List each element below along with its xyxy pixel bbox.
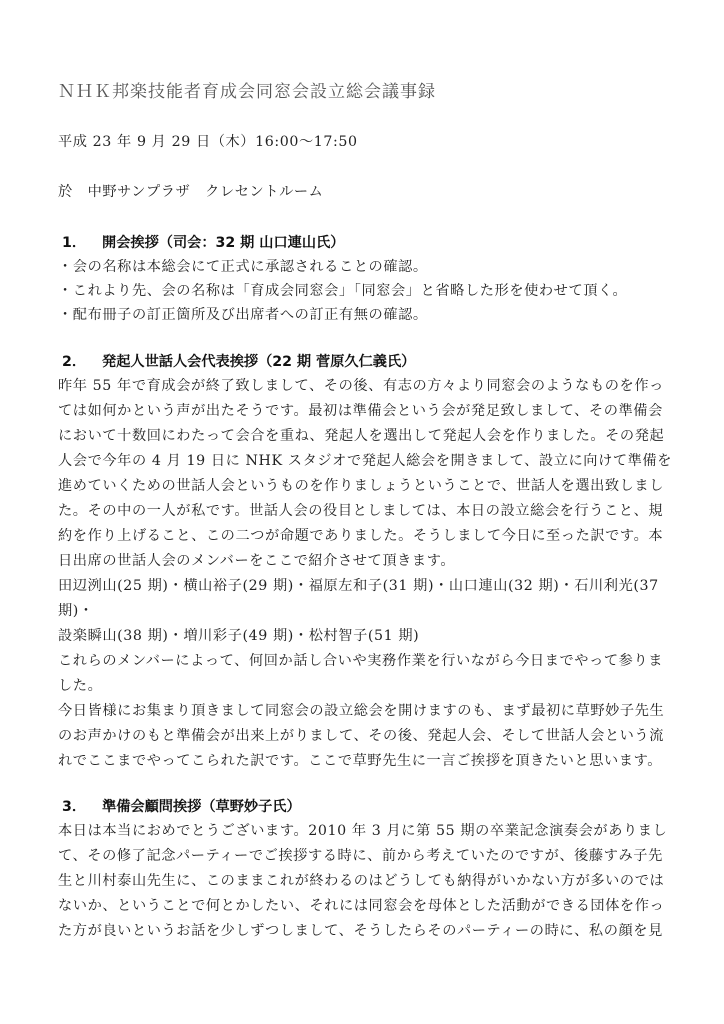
paragraph-line: において十数回にわたって会合を重ね、発起人を選出して発起人会を作りました。その発… — [58, 425, 664, 445]
document-title: ＮＨＫ邦楽技能者育成会同窓会設立総会議事録 — [58, 77, 436, 102]
document-page: ＮＨＫ邦楽技能者育成会同窓会設立総会議事録 平成 23 年 9 月 29 日（木… — [0, 0, 724, 1024]
paragraph-line: した。 — [58, 675, 102, 695]
paragraph-line: ないか、ということで何とかしたい、それには同窓会を母体とした活動ができる団体を作… — [58, 895, 664, 915]
paragraph-line: これらのメンバーによって、何回か話し合いや実務作業を行いながら今日までやって参り… — [58, 650, 663, 670]
bullet-line: ・会の名称は本総会にて正式に承認されることの確認。 — [58, 256, 428, 276]
paragraph-line: て、その修了記念パーティーでご挨拶する時に、前から考えていたのですが、後藤すみ子… — [58, 845, 663, 865]
section-heading-1: 1．開会挨拶（司会：32 期 山口連山氏） — [62, 232, 344, 252]
paragraph-line: 約を作り上げること、この二つが命題でありました。そうしまして今日に至った訳です。… — [58, 525, 663, 545]
paragraph-line: た。その中の一人が私です。世話人会の役目としましては、本日の設立総会を行うこと、… — [58, 500, 663, 520]
paragraph-line: 生と川村泰山先生に、このままこれが終わるのはどうしても納得がいかない方が多いので… — [58, 870, 664, 890]
paragraph-line: 今日皆様にお集まり頂きまして同窓会の設立総会を開けますのも、まず最初に草野妙子先… — [58, 700, 664, 720]
bullet-line: ・配布冊子の訂正箇所及び出席者への訂正有無の確認。 — [58, 304, 428, 324]
bullet-line: ・これより先、会の名称は「育成会同窓会」「同窓会」と省略した形を使わせて頂く。 — [58, 280, 627, 300]
paragraph-line: のお声かけのもと準備会が出来上がりまして、その後、発起人会、そして世話人会という… — [58, 725, 664, 745]
member-list-line: 期)・ — [58, 600, 94, 620]
paragraph-line: 日出席の世話人会のメンバーをここで紹介させて頂きます。 — [58, 550, 455, 570]
paragraph-line: れでここまでやってこられた訳です。ここで草野先生に一言ご挨拶を頂きたいと思います… — [58, 750, 662, 770]
paragraph-line: ては如何かという声が出たそうです。最初は準備会という会が発足致しまして、その準備… — [58, 400, 663, 420]
member-list-line: 田辺洌山(25 期)・横山裕子(29 期)・福原左和子(31 期)・山口連山(3… — [58, 575, 659, 595]
section-title: 準備会顧問挨拶（草野妙子氏） — [102, 799, 301, 815]
section-number: 3． — [62, 796, 102, 816]
section-title: 開会挨拶（司会：32 期 山口連山氏） — [102, 235, 344, 251]
meeting-venue: 於 中野サンプラザ クレセントルーム — [58, 181, 323, 201]
meeting-date: 平成 23 年 9 月 29 日（木）16:00〜17:50 — [58, 131, 358, 151]
paragraph-line: 本日は本当におめでとうございます。2010 年 3 月に第 55 期の卒業記念演… — [58, 820, 667, 840]
section-number: 2． — [62, 351, 102, 371]
paragraph-line: 進めていくための世話人会というものを作りましょうということで、世話人を選出致しま… — [58, 475, 664, 495]
paragraph-line: 昨年 55 年で育成会が終了致しまして、その後、有志の方々より同窓会のようなもの… — [58, 375, 664, 395]
section-title: 発起人世話人会代表挨拶（22 期 菅原久仁義氏） — [102, 354, 415, 370]
member-list-line: 設楽瞬山(38 期)・増川彩子(49 期)・松村智子(51 期) — [58, 625, 419, 645]
paragraph-line: た方が良いというお話を少しずつしまして、そうしたらそのパーティーの時に、私の顔を… — [58, 920, 663, 940]
paragraph-line: 人会で今年の 4 月 19 日に NHK スタジオで発起人総会を開きまして、設立… — [58, 450, 672, 470]
section-heading-3: 3．準備会顧問挨拶（草野妙子氏） — [62, 796, 301, 816]
section-heading-2: 2．発起人世話人会代表挨拶（22 期 菅原久仁義氏） — [62, 351, 415, 371]
section-number: 1． — [62, 232, 102, 252]
